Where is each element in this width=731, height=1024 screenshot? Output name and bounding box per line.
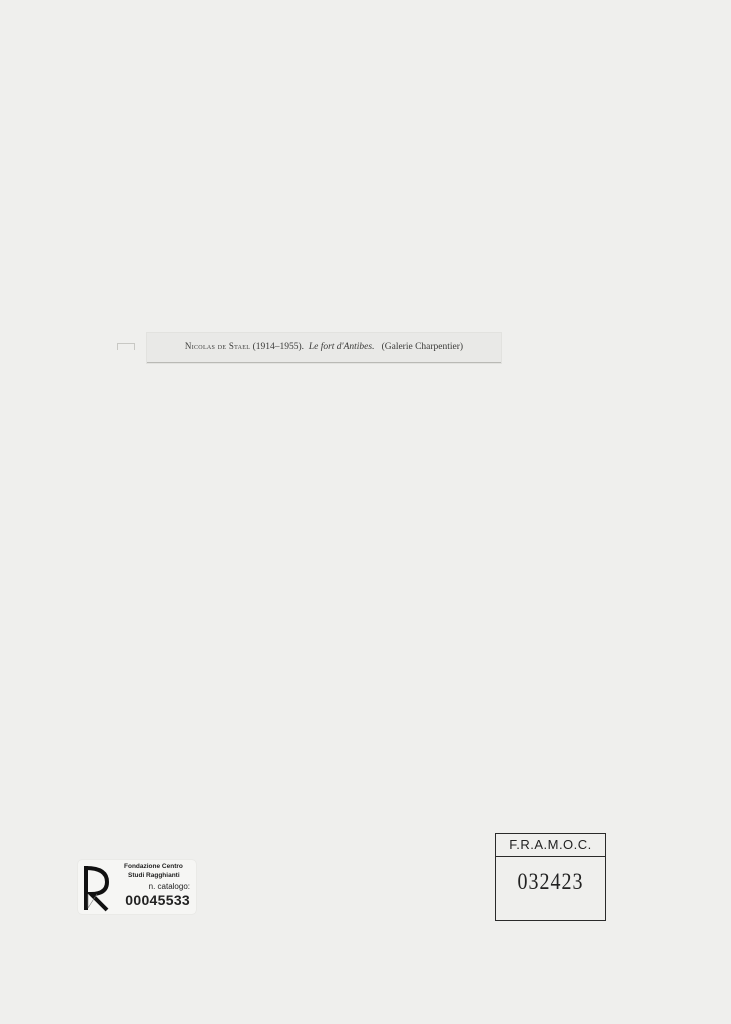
caption-dates: (1914–1955). <box>253 342 304 352</box>
caption-source: (Galerie Charpentier) <box>382 342 464 352</box>
framoc-stamp: F.R.A.M.O.C. 032423 <box>495 833 606 921</box>
caption-text: Nicolas de Stael (1914–1955). Le fort d'… <box>147 341 501 352</box>
pencil-mark <box>117 343 135 350</box>
ragghianti-logo-icon <box>83 864 113 912</box>
catalog-number: 00045533 <box>125 892 190 908</box>
caption-title: Le fort d'Antibes. <box>309 342 375 352</box>
catalog-label: n. catalogo: <box>149 882 190 891</box>
stamp-number: 032423 <box>496 869 605 895</box>
label-line1: Fondazione Centro <box>124 863 183 870</box>
label-line2: Studi Ragghianti <box>128 872 180 879</box>
caption-strip: Nicolas de Stael (1914–1955). Le fort d'… <box>147 333 501 363</box>
caption-artist: Nicolas de Stael <box>185 341 250 351</box>
stamp-header: F.R.A.M.O.C. <box>496 834 605 857</box>
archive-label: Fondazione Centro Studi Ragghianti n. ca… <box>78 860 196 914</box>
